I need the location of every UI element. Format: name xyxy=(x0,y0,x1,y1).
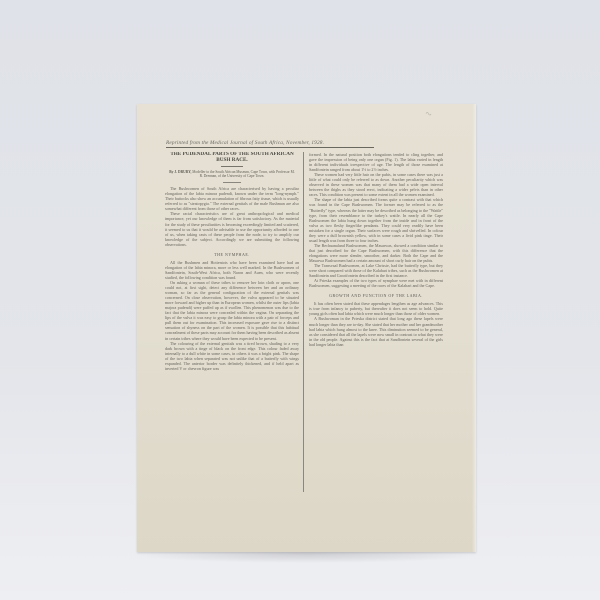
title-rule xyxy=(221,166,243,167)
paragraph: The colouring of the external genitals w… xyxy=(165,341,299,371)
paragraph: The Bushwomen of South Africa are charac… xyxy=(165,186,299,211)
pencil-annotation: ~ xyxy=(419,108,452,139)
section-heading-nymphae: THE NYMPHAE. xyxy=(165,252,299,257)
byline: By J. DRURY, Modeller to the South Afric… xyxy=(165,170,299,179)
paragraph: These women had very little hair on the … xyxy=(309,172,443,197)
paragraph: The Bechuanaland Bushwomen, the Masarwas… xyxy=(309,243,443,263)
paragraph: It has often been stated that these appe… xyxy=(309,301,443,316)
paragraph: A Bushwoman in the Prieska district stat… xyxy=(309,316,443,346)
paragraph: formed. In the natural position both elo… xyxy=(309,152,443,172)
journal-reprint-page: ~ Reprinted from the Medical Journal of … xyxy=(137,104,476,552)
left-column: THE PUDENDAL PARTS OF THE SOUTH AFRICAN … xyxy=(165,152,299,492)
byline-affiliation: Modeller to the South African Museum, Ca… xyxy=(192,170,294,178)
right-column: formed. In the natural position both elo… xyxy=(309,152,443,492)
byline-rule xyxy=(223,182,241,183)
paragraph: The shape of the labia just described fo… xyxy=(309,197,443,242)
paragraph: All the Bushmen and Hottentots who have … xyxy=(165,260,299,280)
byline-author: By J. DRURY, xyxy=(169,170,191,174)
paragraph: At Prieska examples of the two types of … xyxy=(309,278,443,288)
article-title: THE PUDENDAL PARTS OF THE SOUTH AFRICAN … xyxy=(165,152,299,163)
reprint-header-note: Reprinted from the Medical Journal of So… xyxy=(166,140,374,148)
paragraph: These racial characteristics are of grea… xyxy=(165,211,299,246)
section-heading-growth: GROWTH AND FUNCTION OF THE LABIA. xyxy=(309,293,443,298)
paragraph: On asking a woman of these tribes to rem… xyxy=(165,280,299,341)
paragraph: The Transvaal Bushwomen, at Lake Chrissi… xyxy=(309,263,443,278)
column-divider xyxy=(303,152,304,492)
